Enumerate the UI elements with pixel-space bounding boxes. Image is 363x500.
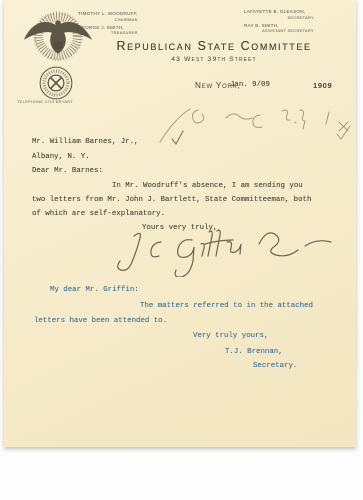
note-signer-title: Secretary. <box>253 362 297 370</box>
organization-name: Republican State Committee <box>64 39 363 53</box>
officer-title: SECRETARY <box>244 15 314 21</box>
note-body-line: letters have been attended to. <box>34 317 167 325</box>
officer-treasurer: GEORGE J. SMITH, TREASURER <box>78 25 138 36</box>
officer-name: LAFAYETTE B. GLEASON, <box>244 9 314 15</box>
officers-right: LAFAYETTE B. GLEASON, SECRETARY RAY B. S… <box>244 9 314 36</box>
letter-page: TELEPHONE 4710 BRYANT TIMOTHY L. WOODRUF… <box>4 0 356 447</box>
note-closing: Very truly yours, <box>193 332 268 340</box>
body-line: In Mr. Woodruff's absence, I am sending … <box>112 182 303 190</box>
officer-assistant-secretary: RAY B. SMITH, ASSISTANT SECRETARY <box>244 23 314 34</box>
organization-address: 43 West 39th Street <box>64 56 363 63</box>
officer-name: TIMOTHY L. WOODRUFF, <box>78 11 138 17</box>
officers-left: TIMOTHY L. WOODRUFF, CHAIRMAN GEORGE J. … <box>78 11 138 38</box>
salutation: Dear Mr. Barnes: <box>32 167 103 175</box>
officer-secretary: LAFAYETTE B. GLEASON, SECRETARY <box>244 9 314 20</box>
note-salutation: My dear Mr. Griffin: <box>50 286 139 294</box>
dateline-year: 1909 <box>313 81 332 90</box>
letterhead-title-block: Republican State Committee 43 West 39th … <box>64 39 363 63</box>
officer-title: ASSISTANT SECRETARY <box>244 28 314 34</box>
body-line: two letters from Mr. John J. Bartlett, S… <box>32 196 311 204</box>
officer-chairman: TIMOTHY L. WOODRUFF, CHAIRMAN <box>78 11 138 22</box>
note-signer: T.J. Brennan, <box>225 348 283 356</box>
circle-x-stamp-icon <box>38 65 74 101</box>
telephone-line: TELEPHONE 4710 BRYANT <box>17 99 73 104</box>
body-line: of which are self-explanatory. <box>32 210 165 218</box>
recipient-city-line: Albany, N. Y. <box>32 153 90 161</box>
note-body-line: The matters referred to in the attached <box>140 302 313 310</box>
check-mark-icon <box>170 130 184 147</box>
scan-background: TELEPHONE 4710 BRYANT TIMOTHY L. WOODRUF… <box>0 0 363 500</box>
pencil-shorthand-notes <box>154 102 359 150</box>
handwritten-signature <box>109 222 344 277</box>
officer-title: TREASURER <box>78 30 138 36</box>
recipient-name-line: Mr. William Barnes, Jr., <box>32 138 138 146</box>
officer-title: CHAIRMAN <box>78 17 138 23</box>
dateline-typed-date: Jan. 9/09 <box>230 81 270 89</box>
